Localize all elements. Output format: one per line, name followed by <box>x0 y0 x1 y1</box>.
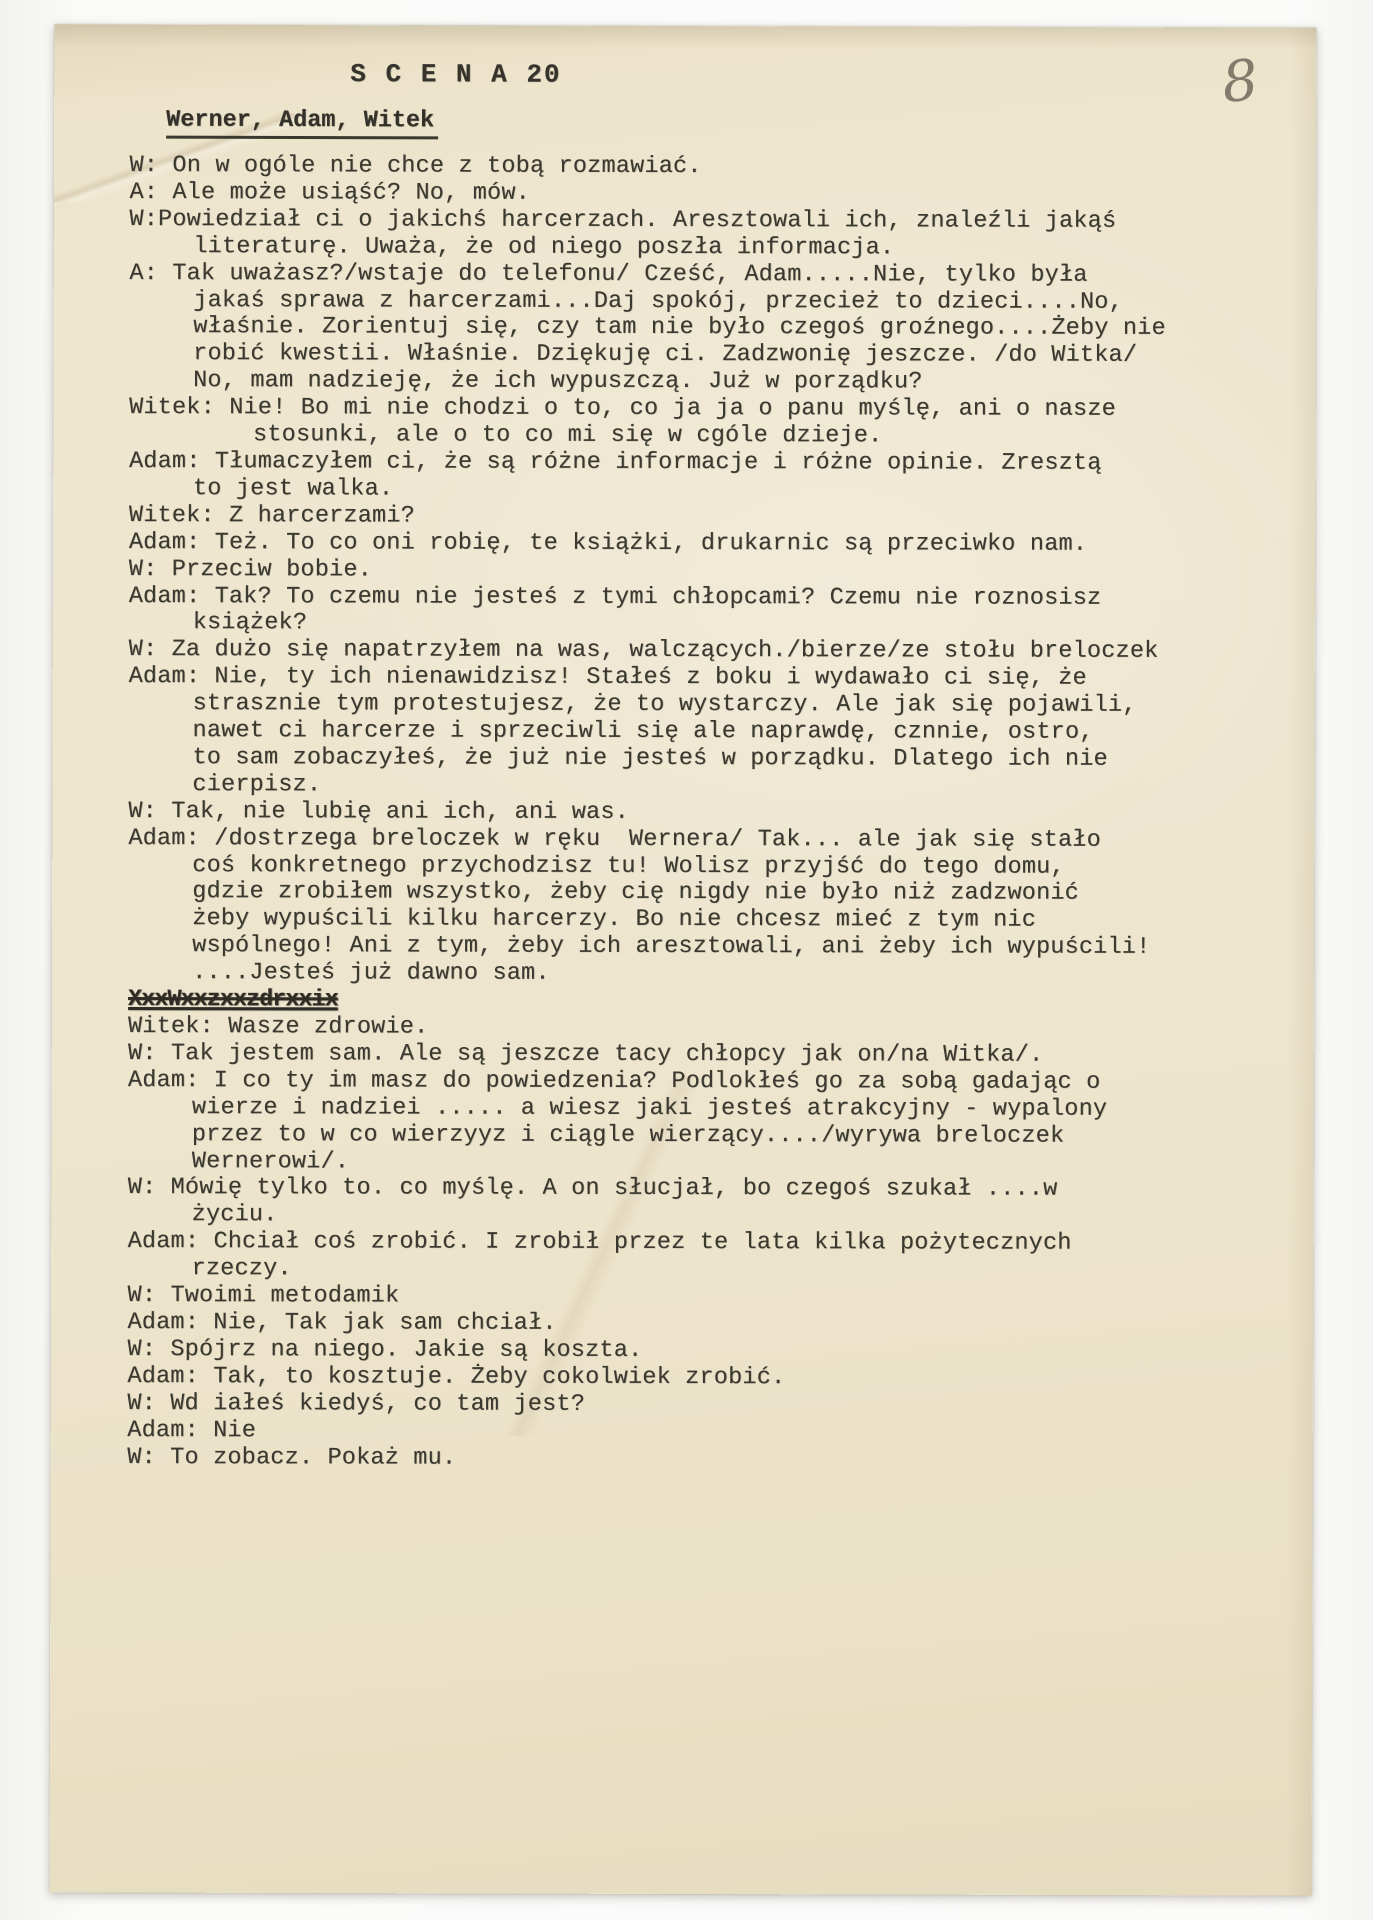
scan-background: S C E N A 20 8 Werner, Adam, Witek W: On… <box>0 0 1373 1920</box>
script-line: W: Wd iałeś kiedyś, co tam jest? <box>127 1391 1267 1420</box>
script-line: przez to w co wierzyyz i ciągle wierzący… <box>128 1122 1268 1151</box>
characters-heading: Werner, Adam, Witek <box>166 107 438 140</box>
script-line: cierpisz. <box>128 772 1268 801</box>
scene-title: S C E N A 20 <box>350 59 561 90</box>
script-line: literaturę. Uważa, że od niego poszła in… <box>129 234 1269 263</box>
script-line: No, mam nadzieję, że ich wypuszczą. Już … <box>129 368 1269 397</box>
script-line: Adam: Tak, to kosztuje. Żeby cokolwiek z… <box>127 1364 1267 1393</box>
script-line: W: Twoimi metodamik <box>128 1283 1268 1312</box>
script-line: stosunki, ale o to co mi się w cgóle dzi… <box>129 422 1269 451</box>
script-line: W: Przeciw bobie. <box>129 557 1269 586</box>
script-line: Adam: Tak? To czemu nie jesteś z tymi ch… <box>129 584 1269 613</box>
script-line: Adam: Tłumaczyłem ci, że są różne inform… <box>129 449 1269 478</box>
paper-edge-shading-right <box>1286 28 1317 1896</box>
script-line: A: Ale może usiąść? No, mów. <box>129 180 1269 209</box>
script-line: Adam: Nie, Tak jak sam chciał. <box>127 1310 1267 1339</box>
script-line: Adam: Nie, ty ich nienawidzisz! Stałeś z… <box>129 664 1269 693</box>
script-line: W: Tak, nie lubię ani ich, ani was. <box>128 799 1268 828</box>
script-line: Adam: I co ty im masz do powiedzenia? Po… <box>128 1068 1268 1097</box>
script-line: W: To zobacz. Pokaż mu. <box>127 1445 1267 1474</box>
script-line: robić kwestii. Właśnie. Dziękuję ci. Zad… <box>129 341 1269 370</box>
script-line: Adam: Nie <box>127 1418 1267 1447</box>
script-line-struckout: XxxWxxzxxzdrxxix <box>128 987 1268 1016</box>
script-line: wspólnego! Ani z tym, żeby ich aresztowa… <box>128 933 1268 962</box>
script-line: W: Mówię tylko to. co myślę. A on słucja… <box>128 1175 1268 1204</box>
script-line: wierze i nadziei ..... a wiesz jaki jest… <box>128 1095 1268 1124</box>
script-line: żeby wypuścili kilku harcerzy. Bo nie ch… <box>128 906 1268 935</box>
script-body: W: On w ogóle nie chce z tobą rozmawiać.… <box>127 153 1269 1473</box>
script-line: nawet ci harcerze i sprzeciwli się ale n… <box>129 718 1269 747</box>
script-line: to jest walka. <box>129 476 1269 505</box>
script-line: Adam: /dostrzega breloczek w ręku Werner… <box>128 826 1268 855</box>
script-line: ....Jesteś już dawno sam. <box>128 960 1268 989</box>
script-line: to sam zobaczyłeś, że już nie jesteś w p… <box>128 745 1268 774</box>
script-line: W: Za dużo się napatrzyłem na was, walcz… <box>129 637 1269 666</box>
script-line: Witek: Nie! Bo mi nie chodzi o to, co ja… <box>129 395 1269 424</box>
handwritten-page-number: 8 <box>1219 48 1261 116</box>
paper-edge-shading-top <box>54 24 1316 49</box>
script-line: coś konkretnego przychodzisz tu! Wolisz … <box>128 853 1268 882</box>
script-line: książek? <box>129 610 1269 639</box>
script-line: W: Spójrz na niego. Jakie są koszta. <box>127 1337 1267 1366</box>
script-line: życiu. <box>128 1202 1268 1231</box>
script-line: A: Tak uważasz?/wstaje do telefonu/ Cześ… <box>129 261 1269 290</box>
script-line: strasznie tym protestujesz, że to wystar… <box>129 691 1269 720</box>
script-line: jakaś sprawa z harcerzami...Daj spokój, … <box>129 288 1269 317</box>
script-line: właśnie. Zorientuj się, czy tam nie było… <box>129 314 1269 343</box>
script-line: W: Tak jestem sam. Ale są jeszcze tacy c… <box>128 1041 1268 1070</box>
document-page: S C E N A 20 8 Werner, Adam, Witek W: On… <box>50 24 1317 1895</box>
script-line: gdzie zrobiłem wszystko, żeby cię nigdy … <box>128 880 1268 909</box>
script-line: Adam: Też. To co oni robię, te książki, … <box>129 530 1269 559</box>
script-line: Witek: Z harcerzami? <box>129 503 1269 532</box>
script-line: rzeczy. <box>128 1256 1268 1285</box>
script-line: Witek: Wasze zdrowie. <box>128 1014 1268 1043</box>
script-line: W:Powiedział ci o jakichś harcerzach. Ar… <box>129 207 1269 236</box>
script-line: W: On w ogóle nie chce z tobą rozmawiać. <box>129 153 1269 182</box>
script-line: Adam: Chciał coś zrobić. I zrobił przez … <box>128 1229 1268 1258</box>
script-line: Wernerowi/. <box>128 1149 1268 1178</box>
